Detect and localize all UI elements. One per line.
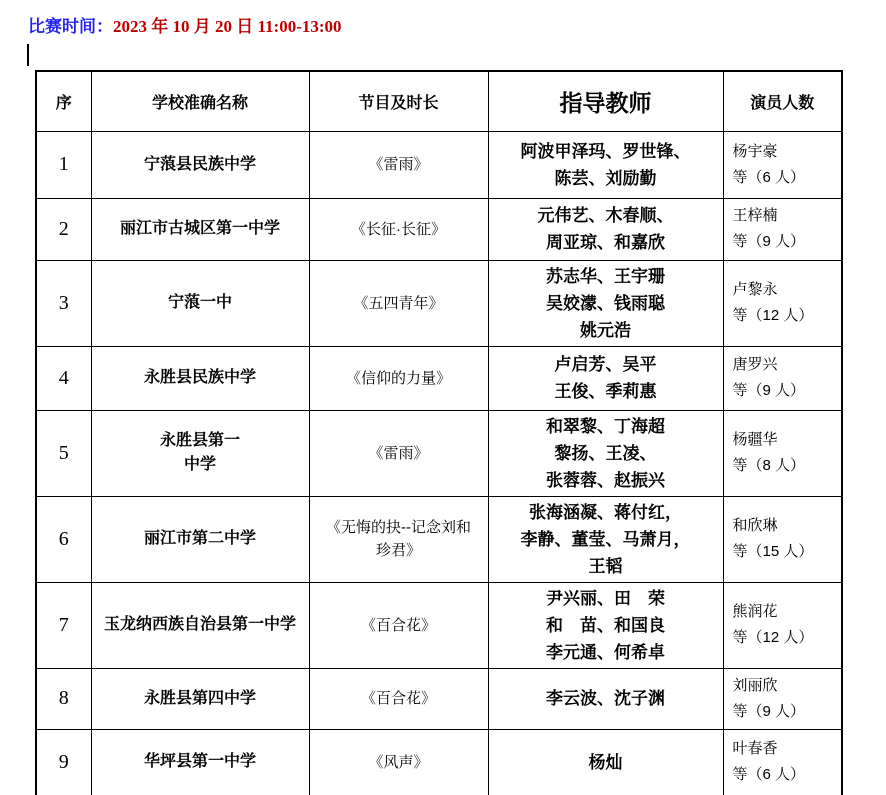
table-row: 1宁蒗县民族中学《雷雨》阿波甲泽玛、罗世锋、陈芸、刘励勤杨宇豪等（6 人） — [36, 131, 842, 198]
row-number-line: 5 — [39, 442, 89, 465]
actor-count: 和欣琳等（15 人） — [723, 496, 842, 582]
program-title-line: 珍君》 — [312, 539, 486, 562]
actor-count-line: 刘丽欣 — [733, 673, 838, 699]
school-name: 宁蒗一中 — [91, 260, 309, 346]
table-row: 6丽江市第二中学《无悔的抉--记念刘和珍君》张海涵凝、蒋付红，李静、董莹、马萧月… — [36, 496, 842, 582]
actor-count: 叶春香等（6 人） — [723, 729, 842, 795]
table-row: 4永胜县民族中学《信仰的力量》卢启芳、吴平王俊、季莉惠唐罗兴等（9 人） — [36, 346, 842, 410]
row-number-line: 2 — [39, 218, 89, 241]
program-title: 《长征·长征》 — [309, 198, 488, 260]
actor-count-line: 等（15 人） — [733, 539, 838, 565]
row-number: 4 — [36, 346, 91, 410]
competition-time-label: 比赛时间： — [28, 17, 113, 36]
teacher-names-line: 张蓉蓉、赵振兴 — [491, 467, 721, 494]
program-title: 《雷雨》 — [309, 131, 488, 198]
program-title: 《无悔的抉--记念刘和珍君》 — [309, 496, 488, 582]
teacher-names-line: 姚元浩 — [491, 317, 721, 344]
school-name: 永胜县第四中学 — [91, 668, 309, 729]
school-name-line: 永胜县第一 — [94, 429, 307, 453]
header-school: 学校准确名称 — [91, 71, 309, 131]
header-teachers: 指导教师 — [488, 71, 723, 131]
school-name-line: 宁蒗县民族中学 — [94, 153, 307, 177]
teacher-names-line: 尹兴丽、田 荣 — [491, 585, 721, 612]
actor-count-line: 卢黎永 — [733, 277, 838, 303]
teacher-names-line: 王韬 — [491, 553, 721, 580]
actor-count-line: 等（9 人） — [733, 229, 838, 255]
actor-count-line: 熊润花 — [733, 599, 838, 625]
teacher-names-line: 和翠黎、丁海超 — [491, 413, 721, 440]
actor-count-line: 等（9 人） — [733, 699, 838, 725]
table-row: 5永胜县第一中学《雷雨》和翠黎、丁海超黎扬、王凌、张蓉蓉、赵振兴杨疆华等（8 人… — [36, 410, 842, 496]
program-title: 《五四青年》 — [309, 260, 488, 346]
teacher-names-line: 和 苗、和国良 — [491, 612, 721, 639]
school-name-line: 永胜县民族中学 — [94, 366, 307, 390]
actor-count-line: 和欣琳 — [733, 513, 838, 539]
teacher-names-line: 陈芸、刘励勤 — [491, 165, 721, 192]
row-number: 2 — [36, 198, 91, 260]
row-number: 8 — [36, 668, 91, 729]
teacher-names: 苏志华、王宇珊吴姣濛、钱雨聪姚元浩 — [488, 260, 723, 346]
competition-time-value: 2023 年 10 月 20 日 11:00-13:00 — [113, 17, 342, 36]
program-title: 《百合花》 — [309, 582, 488, 668]
program-title: 《信仰的力量》 — [309, 346, 488, 410]
actor-count-line: 等（12 人） — [733, 303, 838, 329]
teacher-names-line: 李元通、何希卓 — [491, 639, 721, 666]
schedule-table: 序 学校准确名称 节目及时长 指导教师 演员人数 1宁蒗县民族中学《雷雨》阿波甲… — [35, 70, 843, 795]
header-row: 序 学校准确名称 节目及时长 指导教师 演员人数 — [36, 71, 842, 131]
actor-count: 卢黎永等（12 人） — [723, 260, 842, 346]
program-title-line: 《风声》 — [312, 751, 486, 774]
teacher-names: 张海涵凝、蒋付红，李静、董莹、马萧月，王韬 — [488, 496, 723, 582]
school-name-line: 华坪县第一中学 — [94, 750, 307, 774]
program-title-line: 《雷雨》 — [312, 153, 486, 176]
school-name: 永胜县第一中学 — [91, 410, 309, 496]
teacher-names: 元伟艺、木春顺、周亚琼、和嘉欣 — [488, 198, 723, 260]
teacher-names: 李云波、沈子渊 — [488, 668, 723, 729]
teacher-names-line: 李云波、沈子渊 — [491, 685, 721, 712]
header-actors: 演员人数 — [723, 71, 842, 131]
program-title-line: 《百合花》 — [312, 614, 486, 637]
actor-count: 王梓楠等（9 人） — [723, 198, 842, 260]
teacher-names-line: 李静、董莹、马萧月， — [491, 526, 721, 553]
row-number: 1 — [36, 131, 91, 198]
row-number: 9 — [36, 729, 91, 795]
actor-count-line: 杨疆华 — [733, 427, 838, 453]
row-number: 6 — [36, 496, 91, 582]
table-row: 3宁蒗一中《五四青年》苏志华、王宇珊吴姣濛、钱雨聪姚元浩卢黎永等（12 人） — [36, 260, 842, 346]
school-name: 华坪县第一中学 — [91, 729, 309, 795]
row-number: 5 — [36, 410, 91, 496]
table-row: 2丽江市古城区第一中学《长征·长征》元伟艺、木春顺、周亚琼、和嘉欣王梓楠等（9 … — [36, 198, 842, 260]
row-number-line: 3 — [39, 292, 89, 315]
teacher-names-line: 周亚琼、和嘉欣 — [491, 229, 721, 256]
actor-count: 杨宇豪等（6 人） — [723, 131, 842, 198]
program-title-line: 《长征·长征》 — [312, 218, 486, 241]
row-number-line: 9 — [39, 751, 89, 774]
table-row: 8永胜县第四中学《百合花》李云波、沈子渊刘丽欣等（9 人） — [36, 668, 842, 729]
school-name-line: 玉龙纳西族自治县第一中学 — [94, 613, 307, 637]
teacher-names-line: 苏志华、王宇珊 — [491, 263, 721, 290]
school-name-line: 丽江市第二中学 — [94, 527, 307, 551]
row-number-line: 6 — [39, 528, 89, 551]
teacher-names-line: 阿波甲泽玛、罗世锋、 — [491, 138, 721, 165]
program-title-line: 《无悔的抉--记念刘和 — [312, 516, 486, 539]
school-name: 丽江市第二中学 — [91, 496, 309, 582]
program-title: 《风声》 — [309, 729, 488, 795]
teacher-names: 阿波甲泽玛、罗世锋、陈芸、刘励勤 — [488, 131, 723, 198]
actor-count-line: 杨宇豪 — [733, 139, 838, 165]
actor-count-line: 等（6 人） — [733, 762, 838, 788]
school-name-line: 永胜县第四中学 — [94, 687, 307, 711]
teacher-names-line: 黎扬、王凌、 — [491, 440, 721, 467]
text-cursor[interactable] — [27, 44, 29, 66]
program-title-line: 《信仰的力量》 — [312, 367, 486, 390]
header-no: 序 — [36, 71, 91, 131]
actor-count-line: 等（9 人） — [733, 378, 838, 404]
actor-count: 刘丽欣等（9 人） — [723, 668, 842, 729]
school-name-line: 宁蒗一中 — [94, 291, 307, 315]
school-name-line: 丽江市古城区第一中学 — [94, 217, 307, 241]
row-number-line: 8 — [39, 687, 89, 710]
teacher-names: 和翠黎、丁海超黎扬、王凌、张蓉蓉、赵振兴 — [488, 410, 723, 496]
school-name: 丽江市古城区第一中学 — [91, 198, 309, 260]
program-title-line: 《五四青年》 — [312, 292, 486, 315]
school-name: 玉龙纳西族自治县第一中学 — [91, 582, 309, 668]
teacher-names-line: 张海涵凝、蒋付红， — [491, 499, 721, 526]
school-name: 宁蒗县民族中学 — [91, 131, 309, 198]
actor-count-line: 等（12 人） — [733, 625, 838, 651]
row-number-line: 1 — [39, 153, 89, 176]
teacher-names: 杨灿 — [488, 729, 723, 795]
program-title-line: 《雷雨》 — [312, 442, 486, 465]
teacher-names: 卢启芳、吴平王俊、季莉惠 — [488, 346, 723, 410]
teacher-names-line: 卢启芳、吴平 — [491, 351, 721, 378]
teacher-names: 尹兴丽、田 荣和 苗、和国良李元通、何希卓 — [488, 582, 723, 668]
teacher-names-line: 杨灿 — [491, 749, 721, 776]
row-number-line: 7 — [39, 614, 89, 637]
actor-count-line: 叶春香 — [733, 736, 838, 762]
row-number-line: 4 — [39, 367, 89, 390]
actor-count-line: 等（6 人） — [733, 165, 838, 191]
table-row: 7玉龙纳西族自治县第一中学《百合花》尹兴丽、田 荣和 苗、和国良李元通、何希卓熊… — [36, 582, 842, 668]
program-title: 《雷雨》 — [309, 410, 488, 496]
header-program: 节目及时长 — [309, 71, 488, 131]
row-number: 7 — [36, 582, 91, 668]
actor-count: 杨疆华等（8 人） — [723, 410, 842, 496]
teacher-names-line: 吴姣濛、钱雨聪 — [491, 290, 721, 317]
teacher-names-line: 元伟艺、木春顺、 — [491, 202, 721, 229]
competition-time-line: 比赛时间：2023 年 10 月 20 日 11:00-13:00 — [28, 12, 342, 37]
row-number: 3 — [36, 260, 91, 346]
table-row: 9华坪县第一中学《风声》杨灿叶春香等（6 人） — [36, 729, 842, 795]
actor-count-line: 等（8 人） — [733, 453, 838, 479]
actor-count-line: 王梓楠 — [733, 203, 838, 229]
program-title-line: 《百合花》 — [312, 687, 486, 710]
school-name-line: 中学 — [94, 453, 307, 477]
actor-count: 熊润花等（12 人） — [723, 582, 842, 668]
table-body: 1宁蒗县民族中学《雷雨》阿波甲泽玛、罗世锋、陈芸、刘励勤杨宇豪等（6 人）2丽江… — [36, 131, 842, 795]
actor-count: 唐罗兴等（9 人） — [723, 346, 842, 410]
school-name: 永胜县民族中学 — [91, 346, 309, 410]
teacher-names-line: 王俊、季莉惠 — [491, 378, 721, 405]
actor-count-line: 唐罗兴 — [733, 352, 838, 378]
program-title: 《百合花》 — [309, 668, 488, 729]
